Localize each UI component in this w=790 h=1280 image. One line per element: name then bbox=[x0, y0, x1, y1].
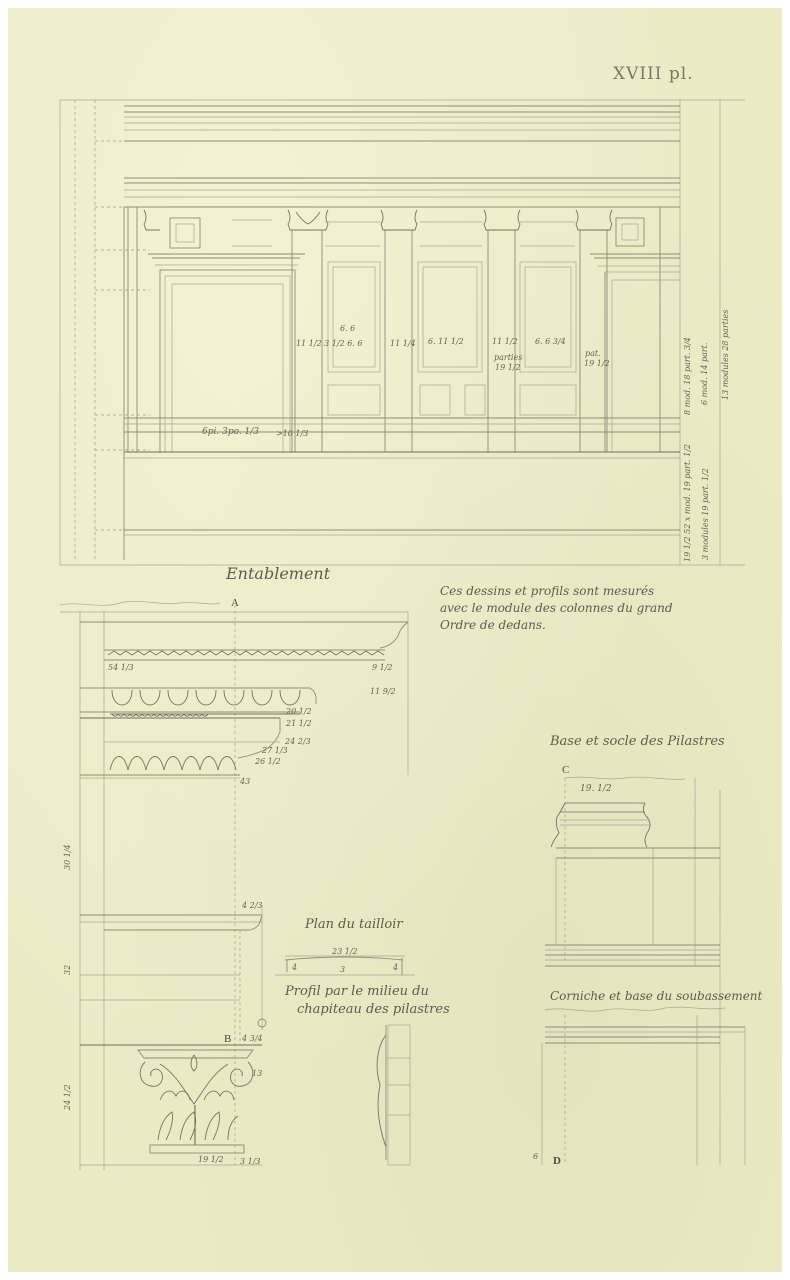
entablature-dim-8: 26 1/2 bbox=[255, 758, 281, 766]
bay-5-dimension: 6. 6 3/4 bbox=[535, 338, 566, 346]
parties-right-value: 19 1/2 bbox=[584, 360, 610, 368]
bay-1-dimension: 11 1/2 3 1/2 6. 6 bbox=[296, 340, 362, 348]
capital-dim-4: 19 1/2 bbox=[198, 1156, 224, 1164]
abacus-plan-title: Plan du tailloir bbox=[305, 918, 403, 931]
pilaster-base-title: Base et socle des Pilastres bbox=[550, 735, 725, 748]
door-width-dimension: 6pi. 3po. 1/3 bbox=[202, 428, 259, 437]
bay-4-dimension: 11 1/2 bbox=[492, 338, 518, 346]
pilaster-base-section-letter: C bbox=[562, 765, 569, 776]
wall-elevation bbox=[60, 100, 745, 565]
entablature-dim-1: 54 1/3 bbox=[108, 664, 134, 672]
capital-section-letter: B bbox=[224, 1034, 231, 1045]
bay-1-top-dimension: 6. 6 bbox=[340, 325, 355, 333]
right-note-3: 13 modules 28 parties bbox=[722, 310, 730, 400]
right-doorway bbox=[590, 254, 680, 452]
entablature-title: Entablement bbox=[226, 566, 330, 582]
right-note-1: 8 mod. 18 part. 3/4 bbox=[684, 337, 692, 415]
plinth-cornice-title: Corniche et base du soubassement bbox=[550, 990, 762, 1002]
capital-dim-3: 13 bbox=[252, 1070, 262, 1078]
capital-profile bbox=[377, 1025, 410, 1165]
note-line-3: Ordre de dedans. bbox=[440, 617, 770, 634]
measurement-note: Ces dessins et profils sont mesurés avec… bbox=[440, 583, 770, 634]
entablature-section-letter: A bbox=[231, 598, 239, 609]
entablature-dim-4: 20 1/2 bbox=[286, 708, 312, 716]
architectural-drawing bbox=[0, 0, 790, 1280]
entablature-dim-7: 27 1/3 bbox=[262, 747, 288, 755]
capital-dim-1: 4 2/3 bbox=[242, 902, 263, 910]
entablature-dim-6: 24 2/3 bbox=[285, 738, 311, 746]
plinth-side-mark: 6 bbox=[533, 1153, 538, 1161]
pilaster-base bbox=[545, 777, 720, 1165]
capital-dim-5: 3 1/3 bbox=[240, 1158, 261, 1166]
parties-value: 19 1/2 bbox=[495, 364, 521, 372]
capital-dim-2: 4 3/4 bbox=[242, 1035, 263, 1043]
parties-label: parties bbox=[494, 354, 522, 362]
entablature-dim-5: 21 1/2 bbox=[286, 720, 312, 728]
right-note-2: 6 mod. 14 part. bbox=[701, 343, 709, 405]
left-doorway bbox=[148, 254, 305, 452]
plinth-section-letter: D bbox=[553, 1156, 561, 1167]
abacus-segment-3: 4 bbox=[393, 964, 398, 972]
pilaster-base-width: 19. 1/2 bbox=[580, 785, 612, 794]
capital-left-dim-2: 32 bbox=[64, 965, 72, 975]
capital-left-dim-1: 30 1/4 bbox=[64, 844, 72, 870]
plinth-cornice-profile bbox=[542, 1007, 745, 1165]
door-right-dimension: >10 1/3 bbox=[276, 430, 308, 438]
capital-left-dim-3: 24 1/2 bbox=[64, 1084, 72, 1110]
capital-profile-title-2: chapiteau des pilastres bbox=[297, 1003, 450, 1016]
entablature-dim-9: 43 bbox=[240, 778, 250, 786]
plate-number: XVIII pl. bbox=[613, 66, 694, 83]
right-note-5: 3 modules 19 part. 1/2 bbox=[702, 468, 710, 560]
bay-2-dimension: 11 1/4 bbox=[390, 340, 416, 348]
entablature-dim-3: 11 9/2 bbox=[370, 688, 396, 696]
bay-3-dimension: 6. 11 1/2 bbox=[428, 338, 464, 346]
abacus-segment-1: 4 bbox=[292, 964, 297, 972]
note-line-1: Ces dessins et profils sont mesurés bbox=[440, 583, 770, 600]
abacus-total-dimension: 23 1/2 bbox=[332, 948, 358, 956]
parties-right-label: pat. bbox=[585, 350, 601, 358]
entablature-dim-2: 9 1/2 bbox=[372, 664, 393, 672]
note-line-2: avec le module des colonnes du grand bbox=[440, 600, 770, 617]
abacus-segment-2: 3 bbox=[340, 966, 345, 974]
right-note-4: 19 1/2 52 x mod. 19 part. 1/2 bbox=[684, 444, 692, 562]
capital-profile-title-1: Profil par le milieu du bbox=[285, 985, 429, 998]
